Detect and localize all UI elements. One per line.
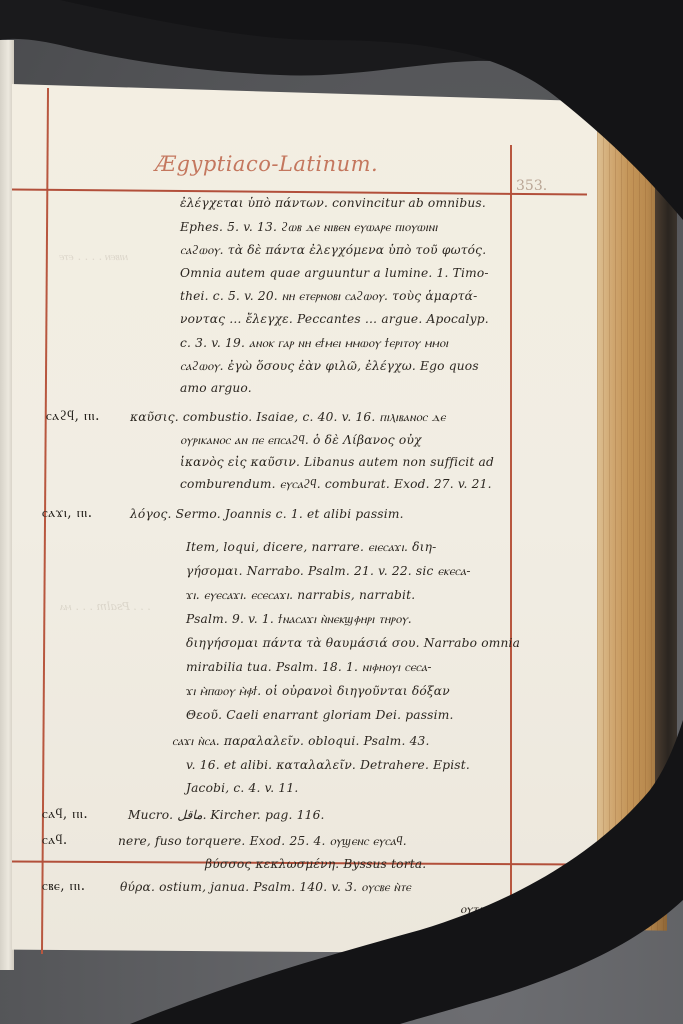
text-line: ἐλέγχεται ὑπὸ πάντων. convincitur ab omn… — [180, 196, 486, 210]
entry-line: ἱκανὸς εἰς καῦσιν. Libanus autem non suf… — [180, 455, 494, 469]
page-number: 353. — [516, 178, 547, 194]
entry-line: Item, loqui, dicere, narrare. ⲉⲓⲉⲥⲁϫⲓ. δ… — [186, 540, 436, 555]
entry-line: Jacobi, c. 4. v. 11. — [186, 781, 298, 795]
text-line: Ephes. 5. v. 13. ϩⲱⲃ ⲇⲉ ⲛⲓⲃⲉⲛ ⲉⲩⲱⲁⲣⲉ ⲡⲓⲟ… — [180, 220, 438, 235]
left-page-stack — [0, 40, 14, 970]
text-line: amo arguo. — [180, 381, 252, 395]
entry-line: θύρα. ostium, janua. Psalm. 140. v. 3. ⲟ… — [120, 880, 411, 895]
bleed-through-text: . . . Psalm . . . ⲙⲁ — [60, 600, 151, 614]
entry-line: v. 16. et alibi. καταλαλεῖν. Detrahere. … — [186, 758, 470, 772]
entry-line: λόγος. Sermo. Joannis c. 1. et alibi pas… — [130, 507, 404, 521]
bleed-through-text: ⲛⲓⲃⲉⲛ . . . . ⲉⲧⲉ — [60, 250, 129, 264]
entry-headword: ⲥⲁϥ, ⲡⲓ. — [42, 806, 88, 822]
text-line: νοντας … ἔλεγχε. Peccantes … argue. Apoc… — [180, 312, 489, 326]
entry-line: βύσσος κεκλωσμένη. Byssus torta. — [205, 857, 426, 871]
entry-line: comburendum. ⲉⲩⲥⲁϩϥ. comburat. Exod. 27.… — [180, 477, 492, 492]
book-cover-edge — [655, 110, 677, 900]
entry-headword: ⲥⲁϩϥ, ⲡⲓ. — [46, 408, 100, 424]
text-line: c. 3. v. 19. ⲁⲛⲟⲕ ⲅⲁⲣ ⲛⲏ ⲉϯⲙⲉⲓ ⲙⲙⲱⲟⲩ ϯⲉⲣ… — [180, 336, 448, 351]
text-line: ⲥⲁϩⲱⲟⲩ. ἐγὼ ὅσους ἐὰν φιλῶ, ἐλέγχω. Ego … — [180, 359, 479, 374]
text-line: Omnia autem quae arguuntur a lumine. 1. … — [180, 266, 489, 280]
entry-line: καῦσις. combustio. Isaiae, c. 40. v. 16.… — [130, 410, 446, 425]
entry-line: Psalm. 9. v. 1. ϯⲛⲁⲥⲁϫⲓ ⲛ̀ⲛⲉⲕϣⲫⲏⲣⲓ ⲧⲏⲣⲟⲩ… — [186, 612, 412, 627]
right-margin-rule — [510, 145, 512, 905]
entry-line: ⲥⲁϫⲓ ⲛ̀ⲥⲁ. παραλαλεῖν. obloqui. Psalm. 4… — [172, 734, 430, 749]
entry-line: Θεοῦ. Caeli enarrant gloriam Dei. passim… — [186, 708, 454, 722]
entry-headword: ⲥⲁϫⲓ, ⲡⲓ. — [42, 505, 92, 521]
entry-line: ⲟⲩⲧⲁϫⲣⲟ. — [460, 902, 506, 917]
entry-headword: ⲥⲁϥ. — [42, 832, 68, 848]
entry-headword: ⲥⲃⲉ, ⲡⲓ. — [42, 878, 85, 894]
page-header-title: Ægyptiaco-Latinum. — [155, 152, 378, 176]
entry-line: γήσομαι. Narrabo. Psalm. 21. v. 22. sic … — [186, 564, 471, 579]
entry-line: mirabilia tua. Psalm. 18. 1. ⲛⲓⲫⲏⲟⲩⲓ ⲥⲉⲥ… — [186, 660, 432, 675]
entry-line: ⲟⲩⲣⲓⲕⲁⲛⲟⲥ ⲁⲛ ⲡⲉ ⲉⲡⲥⲁϩϥ. ὁ δὲ Λίβανος οὐχ — [180, 433, 422, 448]
entry-line: Mucro. ماقل. Kircher. pag. 116. — [128, 808, 325, 822]
entry-line: ϫⲓ ⲙ̀ⲡⲱⲟⲩ ⲙ̀ⲫϯ. οἱ οὐρανοὶ διηγοῦνται δό… — [186, 684, 450, 699]
entry-line: ϫⲓ. ⲉⲩⲉⲥⲁϫⲓ. ⲉⲥⲉⲥⲁϫⲓ. narrabis, narrabit… — [186, 588, 415, 603]
entry-line: διηγήσομαι πάντα τὰ θαυμάσιά σου. Narrab… — [186, 636, 520, 650]
entry-line: nere, fuso torquere. Exod. 25. 4. ⲟⲩϣⲉⲛⲥ… — [118, 834, 407, 849]
text-line: ⲥⲁϩⲱⲟⲩ. τὰ δὲ πάντα ἐλεγχόμενα ὑπὸ τοῦ φ… — [180, 243, 486, 258]
text-line: thei. c. 5. v. 20. ⲛⲏ ⲉⲧⲉⲣⲛⲟⲃⲓ ⲥⲁϩⲱⲟⲩ. τ… — [180, 289, 477, 304]
